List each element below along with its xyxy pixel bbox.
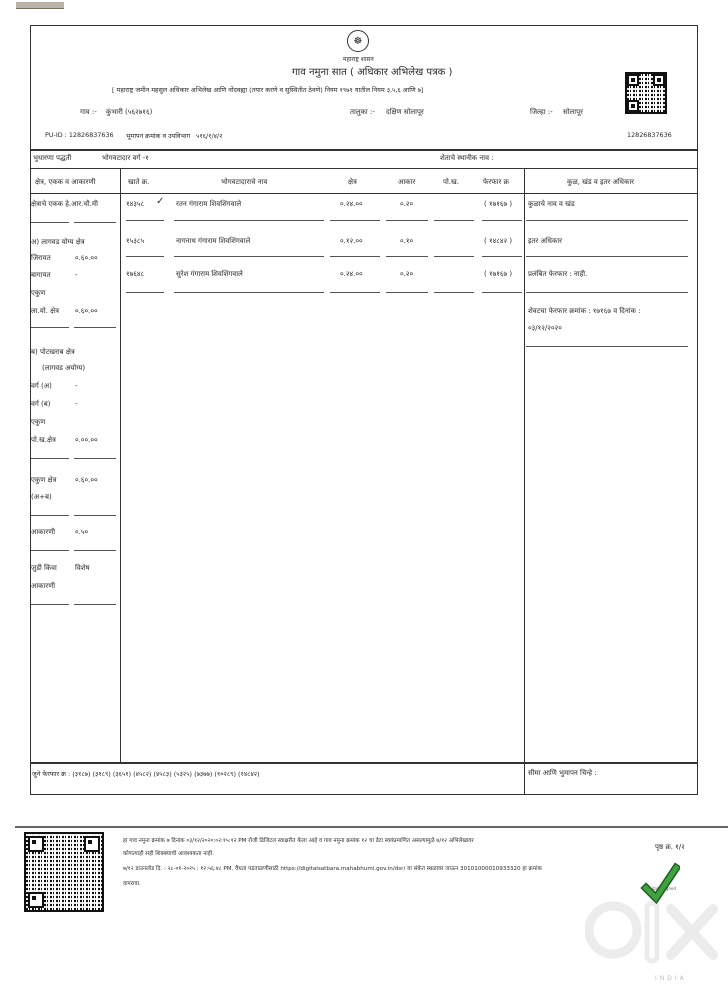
government-label: महाराष्ट्र शासन (343, 55, 374, 63)
row-mutation-no: ( १७१६७ ) (484, 270, 512, 279)
total-area-label: एकुण क्षेत्र (31, 476, 56, 485)
paper-scrap (16, 2, 64, 9)
row-area: ०.२४.०० (340, 270, 363, 279)
maharashtra-emblem-icon: ☸ (347, 30, 369, 52)
district-label: जिल्हा :- (530, 108, 553, 117)
row-account-no: १५३८५ (126, 237, 144, 246)
row-account-no: १४३५८ (126, 200, 144, 209)
rights-pending: प्रलंबित फेरफार : नाही. (528, 270, 587, 279)
col-mutation-no: फेरफार क्र (483, 178, 509, 187)
row-assessment: ०.१० (400, 237, 413, 246)
class-a-value: - (75, 382, 78, 390)
unit-label: क्षेत्राचे एकक हे.आर.चौ.मी (31, 200, 98, 209)
village-label: गाव :- (80, 108, 97, 117)
row-account-no: १७६४८ (126, 270, 144, 279)
row-holder-name: नागनाथ गंगाराम शिवशिंगवाले (176, 237, 250, 246)
qr-id: 12826837636 (627, 131, 672, 139)
col-assessment: आकार (398, 178, 415, 187)
class-b-label: वर्ग (ब) (31, 400, 51, 409)
cultivable-label: अ) लागवड योग्य क्षेत्र (31, 238, 85, 247)
assessment-value: ०.५० (75, 528, 88, 537)
row-holder-name: रतन गंगाराम शिवशिंगवाले (176, 200, 241, 209)
qr-code-bottom (24, 832, 104, 912)
footer-line-2: कोणत्याही सही शिक्क्याची आवश्यकता नाही. (123, 849, 214, 857)
record-frame (30, 25, 698, 795)
page-subtitle: [ महाराष्ट्र जमीन महसुल अधिकार अभिलेख आण… (112, 85, 423, 94)
la-yo-value: ०.६०.०० (75, 307, 98, 316)
jirayat-label: जिरायत (31, 254, 51, 263)
row-mutation-no: ( १४८४२ ) (484, 237, 512, 246)
jirayat-value: ०.६०.०० (75, 254, 98, 263)
row-area: ०.२४.०० (340, 200, 363, 209)
footer-line-3: ७/१२ डाउनलोड दि. : २८-०१-२०२५ : १२:५६:४८… (123, 864, 542, 872)
bagayat-label: बागायत (31, 271, 51, 280)
total-area-note: (अ+ब) (31, 493, 52, 502)
judi-label: जुडी किंवा (31, 564, 57, 573)
local-name-label: शेताचे स्थानीक नाव : (440, 154, 494, 163)
col-rights: कुळ, खंड व इतर अधिकार (567, 178, 634, 187)
district-value: सोलापूर (563, 108, 583, 117)
footer-divider (15, 826, 728, 828)
olx-watermark-logo (585, 885, 725, 975)
footer-line-4: वापरावा. (123, 879, 141, 887)
row-holder-name: सुरेश गंगाराम शिवशिंगवाले (176, 270, 243, 279)
rights-other: इतर अधिकार (528, 237, 562, 246)
olx-region: INDIA (655, 975, 687, 982)
taluka-label: तालुका :- (350, 108, 375, 117)
pokharab-label: ब) पोटखराब क्षेत्र (31, 348, 75, 357)
old-mutations: जुने फेरफार क्र : (३१८७) (३१८९) (३६५१) (… (32, 769, 260, 778)
total-label: एकुण (31, 289, 45, 298)
page-title: गाव नमुना सात ( अधिकार अभिलेख पत्रक ) (292, 64, 452, 78)
po-kh-label: पो.ख.क्षेत्र (31, 436, 56, 445)
qr-code-top (625, 72, 667, 114)
col-area-unit: क्षेत्र, एकक व आकारणी (35, 178, 95, 187)
pu-id: PU-ID : 12826837636 (45, 131, 114, 139)
row-area: ०.१२.०० (340, 237, 363, 246)
assessment-label: आकारणी (31, 528, 55, 537)
page-number: पृष्ठ क्र. १/२ (655, 843, 685, 852)
total-area-value: ०.६०.०० (75, 476, 98, 485)
po-kh-value: ०.००.०० (75, 436, 98, 445)
tenure-value: भोगवटादार वर्ग -१ (102, 154, 149, 163)
tenure-label: भुधारणा पद्धती (33, 154, 71, 163)
class-a-label: वर्ग (अ) (31, 382, 52, 391)
col-area: क्षेत्र (348, 178, 357, 187)
boundary-label: सीमा आणि भुमापन चिन्हे : (528, 769, 597, 778)
col-holder-name: भोगवटादाराचे नाव (221, 178, 267, 187)
footer-line-1: हा गाव नमुना क्रमांक ७ दिनांक ०३/१२/२०२०… (123, 836, 474, 844)
row-assessment: ०.२० (400, 270, 413, 279)
judi-label2: आकारणी (31, 582, 55, 591)
la-yo-label: ला.यो. क्षेत्र (31, 307, 59, 316)
col-pokharab: पो.ख. (443, 178, 459, 187)
pokharab-note: (लागवड अयोग्य) (42, 364, 85, 373)
handwritten-check-icon: ✓ (156, 196, 164, 207)
rights-tenant: कुळाचे नाव व खंड (528, 200, 575, 209)
bagayat-value: - (75, 271, 78, 279)
row-assessment: ०.२० (400, 200, 413, 209)
judi-value: विशेष (75, 564, 90, 573)
row-mutation-no: ( १७१६७ ) (484, 200, 512, 209)
village-value: कुंभारी (५६२७१६) (106, 108, 152, 117)
survey-value: ५१६/१/४/२ (196, 131, 222, 140)
taluka-value: दक्षिण सोलापूर (386, 108, 424, 117)
class-b-value: - (75, 400, 78, 408)
rights-last-mutation: शेवटचा फेरफार क्रमांक : १७१६७ व दिनांक : (528, 307, 641, 316)
total2-label: एकुण (31, 418, 45, 427)
survey-label: भूमापन क्रमांक व उपविभाग (126, 131, 190, 140)
rights-last-date: ०३/१२/२०२० (528, 324, 562, 333)
col-account-no: खाते क्र. (128, 178, 149, 187)
